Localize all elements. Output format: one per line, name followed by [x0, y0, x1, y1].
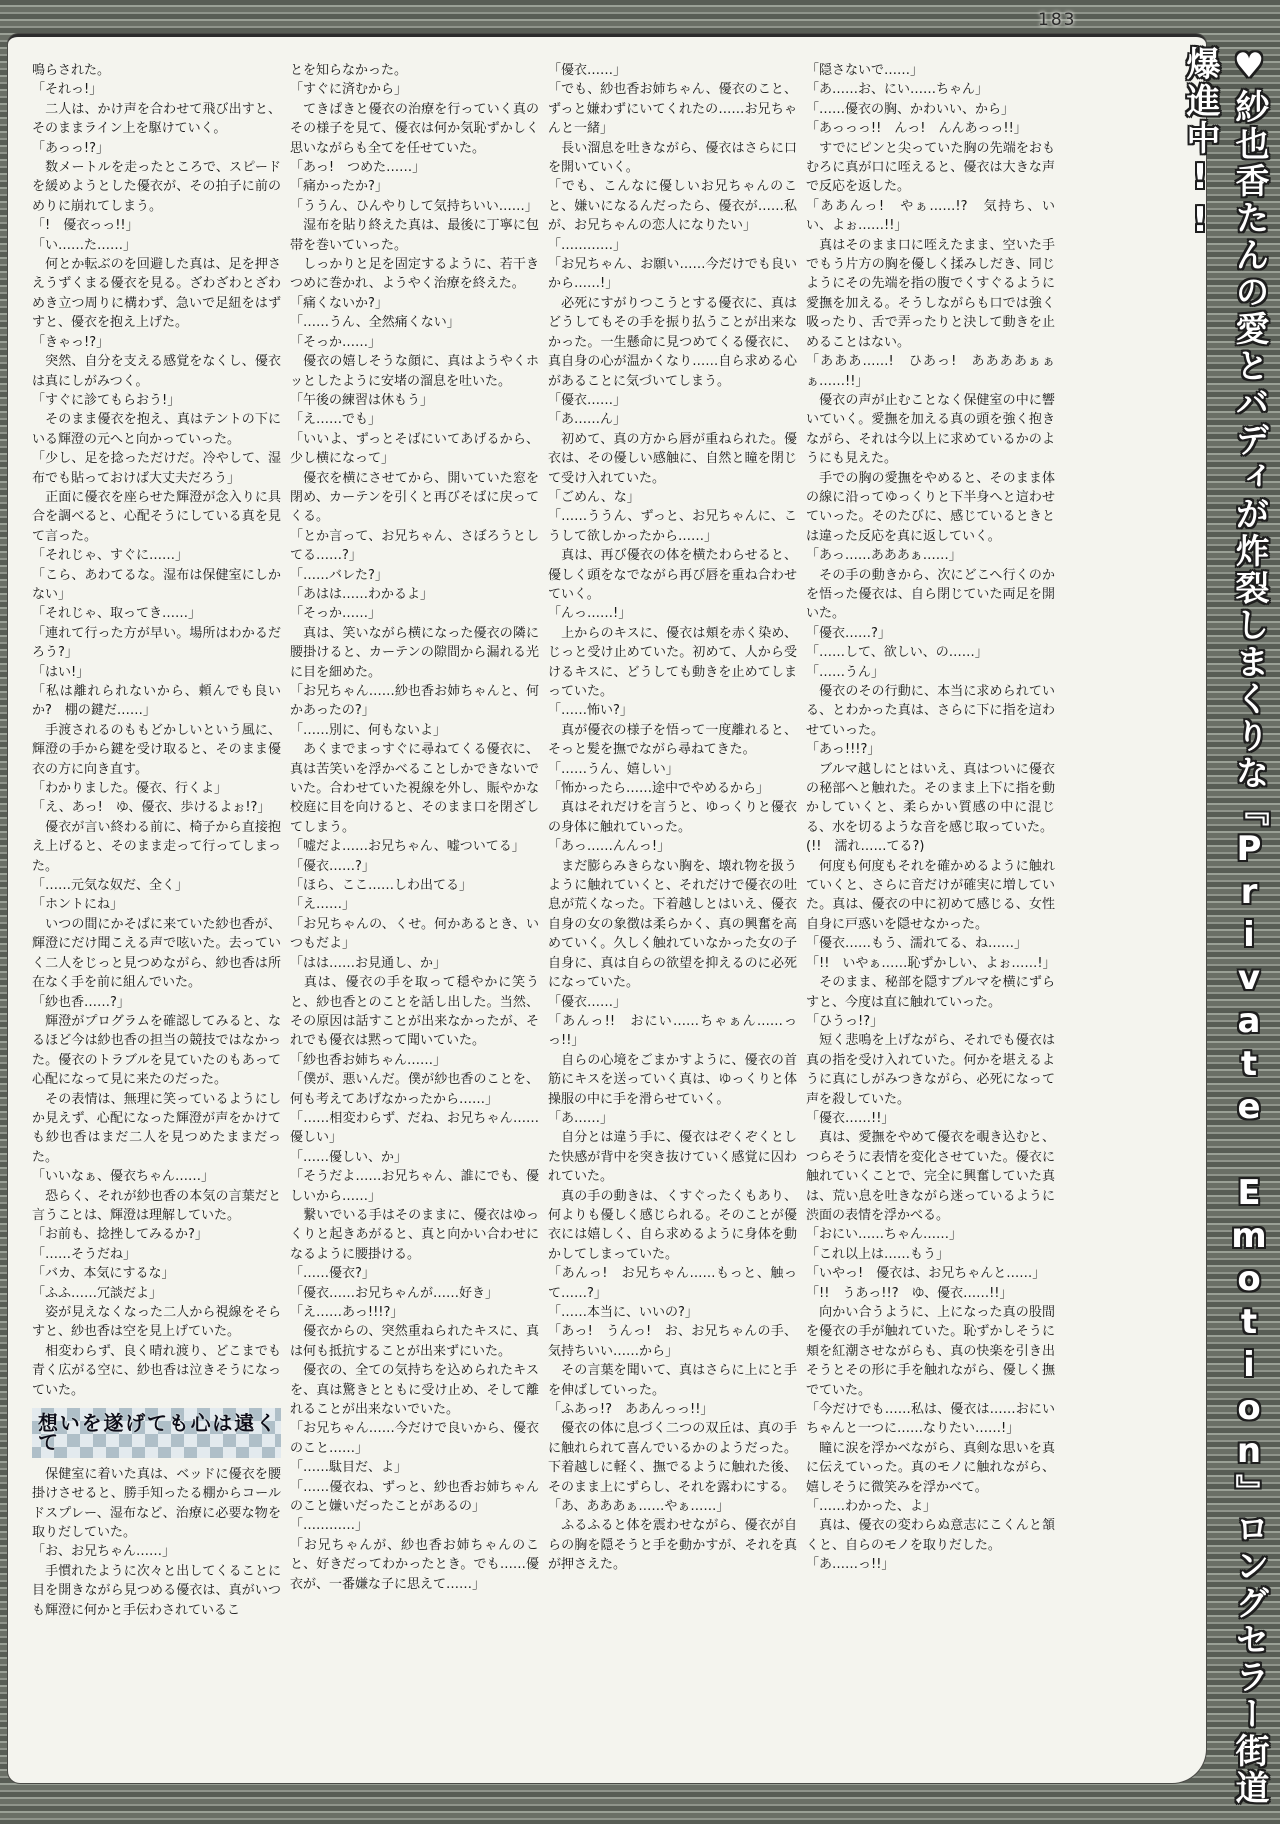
paragraph: 「これ以上は……もう」	[806, 1245, 1055, 1264]
paragraph: 「あ……ん」	[548, 410, 797, 429]
paragraph: 「そっか……」	[290, 604, 539, 623]
paragraph: 正面に優衣を座らせた輝澄が念入りに具合を調べると、心配そうにしている真を見て言っ…	[32, 488, 281, 546]
paragraph: 長い溜息を吐きながら、優衣はさらに口を開いていく。	[548, 139, 797, 178]
paragraph: 「…………」	[290, 1516, 539, 1535]
paragraph: 「……バレた?」	[290, 566, 539, 585]
paragraph: 「お兄ちゃん……今だけで良いから、優衣のこと……」	[290, 1419, 539, 1458]
paragraph: 「ホントにね」	[32, 895, 281, 914]
paragraph: 「……ううん、ずっと、お兄ちゃんに、こうして欲しかったから……」	[548, 507, 797, 546]
paragraph: 「……別に、何もないよ」	[290, 721, 539, 740]
paragraph: 「ああんっ! やぁ……!? 気持ち、いい、よぉ……!!」	[806, 197, 1055, 236]
paragraph: 「あ、あああぁ……やぁ……」	[548, 1497, 797, 1516]
paragraph: 「……優しい、か」	[290, 1148, 539, 1167]
paragraph: 「痛くないか?」	[290, 294, 539, 313]
paragraph: 何とか転ぶのを回避した真は、足を押さえうずくまる優衣を見る。ざわざわとざわめき立…	[32, 255, 281, 333]
heart-icon: ♥	[1229, 46, 1269, 89]
paragraph: 輝澄がプログラムを確認してみると、なるほど今は紗也香の担当の競技ではなかった。優…	[32, 1012, 281, 1090]
paragraph: 「私は離れられないから、頼んでも良いか? 棚の鍵だ……」	[32, 682, 281, 721]
paragraph: 「こら、あわてるな。湿布は保健室にしかない」	[32, 566, 281, 605]
paragraph: 真は、笑いながら横になった優衣の隣に腰掛けると、カーテンの隙間から漏れる光に目を…	[290, 624, 539, 682]
paragraph: 「痛かったか?」	[290, 177, 539, 196]
paragraph: 「すぐに済むから」	[290, 80, 539, 99]
paragraph: 上からのキスに、優衣は頬を赤く染め、じっと受け止めていた。初めて、人から受けるキ…	[548, 624, 797, 702]
paragraph: ブルマ越しにとはいえ、真はついに優衣の秘部へと触れた。そのまま上下に指を動かして…	[806, 760, 1055, 838]
paragraph: 「お、お兄ちゃん……」	[32, 1542, 281, 1561]
paragraph: 「! 優衣っっ!!」	[32, 216, 281, 235]
paragraph: (!! 濡れ……てる?)	[806, 837, 1055, 856]
paragraph: 「!! うあっ!!? ゆ、優衣……!!」	[806, 1284, 1055, 1303]
paragraph: 優衣を横にさせてから、開いていた窓を閉め、カーテンを引くと再びそばに戻ってくる。	[290, 469, 539, 527]
content-panel: 鳴らされた。「それっ!」 二人は、かけ声を合わせて飛び出すと、そのままライン上を…	[8, 34, 1206, 1783]
paragraph: 「あ……お、にい……ちゃん」	[806, 80, 1055, 99]
paragraph: 「連れて行った方が早い。場所はわかるだろう?」	[32, 624, 281, 663]
paragraph: まだ膨らみきらない胸を、壊れ物を扱うように触れていくと、それだけで優衣の吐息が荒…	[548, 857, 797, 993]
paragraph: 「い……た……」	[32, 236, 281, 255]
paragraph: 「紗也香お姉ちゃん……」	[290, 1051, 539, 1070]
paragraph: 優衣の体に息づく二つの双丘は、真の手に触れられて喜んでいるかのようだった。下着越…	[548, 1419, 797, 1497]
paragraph: 真は、優衣の変わらぬ意志にこくんと頷くと、自らのモノを取りだした。	[806, 1516, 1055, 1555]
paragraph: そのまま、秘部を隠すブルマを横にずらすと、今度は直に触れていった。	[806, 973, 1055, 1012]
paragraph: 「ほら、ここ……しわ出てる」	[290, 876, 539, 895]
paragraph: 優衣の嬉しそうな顔に、真はようやくホッとしたように安堵の溜息を吐いた。	[290, 352, 539, 391]
vertical-headline: ♥紗也香たんの愛とバディが炸裂しまくりな『Private Emotion』ロング…	[1176, 46, 1274, 1816]
text-column-2: とを知らなかった。「すぐに済むから」 てきぱきと優衣の治療を行っていく真のその様…	[290, 61, 539, 1773]
paragraph: 優衣の声が止むことなく保健室の中に響いていく。愛撫を加える真の頭を強く抱きながら…	[806, 391, 1055, 469]
paragraph: 「え……あっ!!!?」	[290, 1303, 539, 1322]
paragraph: その手の動きから、次にどこへ行くのかを悟った優衣は、自ら閉じていた両足を開いた。	[806, 566, 1055, 624]
paragraph: 「隠さないで……」	[806, 61, 1055, 80]
paragraph: 「はい!」	[32, 663, 281, 682]
paragraph: 「あっっ!?」	[32, 139, 281, 158]
paragraph: 「お兄ちゃんの、くせ。何かあるとき、いつもだよ」	[290, 915, 539, 954]
paragraph: そのまま優衣を抱え、真はテントの下にいる輝澄の元へと向かっていった。	[32, 410, 281, 449]
paragraph: 「あんっ! お兄ちゃん……もっと、触って……?」	[548, 1264, 797, 1303]
paragraph: 優衣のその行動に、本当に求められている、とわかった真は、さらに下に指を這わせてい…	[806, 682, 1055, 740]
paragraph: 「それじゃ、取ってき……」	[32, 604, 281, 623]
paragraph: すでにピンと尖っていた胸の先端をおもむろに真が口に咥えると、優衣は大きな声で反応…	[806, 139, 1055, 197]
paragraph: 「いいよ、ずっとそばにいてあげるから、少し横になって」	[290, 430, 539, 469]
paragraph: 「すぐに診てもらおう!」	[32, 391, 281, 410]
paragraph: 自らの心境をごまかすように、優衣の首筋にキスを送っていく真は、ゆっくりと体操服の…	[548, 1051, 797, 1109]
paragraph: 「はは……お見通し、か」	[290, 954, 539, 973]
paragraph: 真が優衣の様子を悟って一度離れると、そっと髪を撫でながら尋ねてきた。	[548, 721, 797, 760]
paragraph: 「ひうっ!?」	[806, 1012, 1055, 1031]
paragraph: 「優衣……もう、濡れてる、ね……」	[806, 934, 1055, 953]
paragraph: 「あはは……わかるよ」	[290, 585, 539, 604]
paragraph: 「バカ、本気にするな」	[32, 1264, 281, 1283]
paragraph: 真の手の動きは、くすぐったくもあり、何よりも優しく感じられる。そのことが優衣には…	[548, 1187, 797, 1265]
paragraph: 「あっ! つめた……」	[290, 158, 539, 177]
paragraph: 「今だけでも……私は、優衣は……おにいちゃんと一つに……なりたい……!」	[806, 1400, 1055, 1439]
paragraph: 「ふあっ!? ああんっっ!!」	[548, 1400, 797, 1419]
paragraph: 「!! いやぁ……恥ずかしい、よぉ……!」	[806, 954, 1055, 973]
paragraph: 「……元気な奴だ、全く」	[32, 876, 281, 895]
paragraph: 手での胸の愛撫をやめると、そのまま体の線に沿ってゆっくりと下半身へと這わせていっ…	[806, 469, 1055, 547]
paragraph: 二人は、かけ声を合わせて飛び出すと、そのままライン上を駆けていく。	[32, 100, 281, 139]
paragraph: とを知らなかった。	[290, 61, 539, 80]
paragraph: 繋いでいる手はそのままに、優衣はゆっくりと起きあがると、真と向かい合わせになるよ…	[290, 1206, 539, 1264]
paragraph: しっかりと足を固定するように、若干きつめに巻かれ、ようやく治療を終えた。	[290, 255, 539, 294]
paragraph: 「え、あっ! ゆ、優衣、歩けるよぉ!?」	[32, 798, 281, 817]
paragraph: 「お兄ちゃん、お願い……今だけでも良いから……!」	[548, 255, 797, 294]
paragraph: 「そっか……」	[290, 333, 539, 352]
paragraph: 「ごめん、な」	[548, 488, 797, 507]
paragraph: 「……本当に、いいの?」	[548, 1303, 797, 1322]
paragraph: 「あ……っ!!」	[806, 1555, 1055, 1574]
paragraph: 「……うん、全然痛くない」	[290, 313, 539, 332]
paragraph: 「優衣……?」	[290, 857, 539, 876]
paragraph: 「いやっ! 優衣は、お兄ちゃんと……」	[806, 1264, 1055, 1283]
paragraph: 突然、自分を支える感覚をなくし、優衣は真にしがみつく。	[32, 352, 281, 391]
paragraph: 「あんっ!! おにい……ちゃぁん……っっ!!」	[548, 1012, 797, 1051]
paragraph: 「それじゃ、すぐに……」	[32, 546, 281, 565]
paragraph: 「それっ!」	[32, 80, 281, 99]
paragraph: 「……優衣ね、ずっと、紗也香お姉ちゃんのこと嫌いだったことがあるの」	[290, 1478, 539, 1517]
story-text-area: 鳴らされた。「それっ!」 二人は、かけ声を合わせて飛び出すと、そのままライン上を…	[32, 61, 1192, 1773]
paragraph: 「え……」	[290, 895, 539, 914]
paragraph: 数メートルを走ったところで、スピードを緩めようとした優衣が、その拍子に前のめりに…	[32, 158, 281, 216]
paragraph: 「優衣……」	[548, 61, 797, 80]
paragraph: 「え……でも」	[290, 410, 539, 429]
paragraph: 真は、再び優衣の体を横たわらせると、優しく頭をなでながら再び唇を重ね合わせていく…	[548, 546, 797, 604]
paragraph: 「……わかった、よ」	[806, 1497, 1055, 1516]
paragraph: 瞳に涙を浮かべながら、真剣な思いを真に伝えていった。真のモノに触れながら、嬉しそ…	[806, 1439, 1055, 1497]
paragraph: 優衣が言い終わる前に、椅子から直接抱え上げると、そのまま走って行ってしまった。	[32, 818, 281, 876]
paragraph: 「……うん」	[806, 663, 1055, 682]
text-column-4: 「隠さないで……」「あ……お、にい……ちゃん」「……優衣の胸、かわいい、から」「…	[806, 61, 1055, 1773]
paragraph: 「午後の練習は休もう」	[290, 391, 539, 410]
paragraph: 「優衣……お兄ちゃんが……好き」	[290, 1284, 539, 1303]
paragraph: 「優衣……」	[548, 993, 797, 1012]
text-column-3: 「優衣……」「でも、紗也香お姉ちゃん、優衣のこと、ずっと嫌わずにいてくれたの………	[548, 61, 797, 1773]
paragraph: 「お兄ちゃん……紗也香お姉ちゃんと、何かあったの?」	[290, 682, 539, 721]
paragraph: 「……優衣?」	[290, 1264, 539, 1283]
scanned-magazine-page: { "page": { "number": "183" }, "sidebar"…	[0, 0, 1280, 1824]
paragraph: 「あっ……あああぁ……」	[806, 546, 1055, 565]
paragraph: 「でも、紗也香お姉ちゃん、優衣のこと、ずっと嫌わずにいてくれたの……お兄ちゃんと…	[548, 80, 797, 138]
paragraph: 「きゃっ!?」	[32, 333, 281, 352]
paragraph: 恐らく、それが紗也香の本気の言葉だと言うことは、輝澄は理解していた。	[32, 1187, 281, 1226]
paragraph: 「……駄目だ、よ」	[290, 1458, 539, 1477]
paragraph: 「……うん、嬉しい」	[548, 760, 797, 779]
paragraph: 「優衣……!!」	[806, 1109, 1055, 1128]
paragraph: 「紗也香……?」	[32, 993, 281, 1012]
paragraph: 「そうだよ……お兄ちゃん、誰にでも、優しいから……」	[290, 1167, 539, 1206]
paragraph: 「あああ……! ひあっ! ああああぁぁぁ……!!」	[806, 352, 1055, 391]
paragraph: 「嘘だよ……お兄ちゃん、嘘ついてる」	[290, 837, 539, 856]
paragraph: 「……優衣の胸、かわいい、から」	[806, 100, 1055, 119]
paragraph: 真は、愛撫をやめて優衣を覗き込むと、つらそうに表情を変化させていた。優衣に触れて…	[806, 1128, 1055, 1225]
paragraph: 「わかりました。優衣、行くよ」	[32, 779, 281, 798]
page-number: 183	[1038, 10, 1076, 30]
paragraph: 「少し、足を捻っただけだ。冷やして、湿布でも貼っておけば大丈夫だろう」	[32, 449, 281, 488]
paragraph: 「…………」	[548, 236, 797, 255]
paragraph: 優衣の、全ての気持ちを込められたキスを、真は驚きとともに受け止め、そして離れるこ…	[290, 1361, 539, 1419]
paragraph: 自分とは違う手に、優衣はぞくぞくとした快感が背中を突き抜けていく感覚に囚われてい…	[548, 1128, 797, 1186]
paragraph: 「いいなぁ、優衣ちゃん……」	[32, 1167, 281, 1186]
paragraph: あくまでまっすぐに尋ねてくる優衣に、真は苦笑いを浮かべることしかできないでいた。…	[290, 740, 539, 837]
headline-text: 紗也香たんの愛とバディが炸裂しまくりな『Private Emotion』ロングセ…	[1180, 46, 1269, 1807]
paragraph: 「優衣……」	[548, 391, 797, 410]
paragraph: 湿布を貼り終えた真は、最後に丁寧に包帯を巻いていった。	[290, 216, 539, 255]
paragraph: 「あ……」	[548, 1109, 797, 1128]
paragraph: 「僕が、悪いんだ。僕が紗也香のことを、何も考えてあげなかったから……」	[290, 1070, 539, 1109]
paragraph: 真は、優衣の手を取って穏やかに笑うと、紗也香とのことを話し出した。当然、その原因…	[290, 973, 539, 1051]
paragraph: 「ううん、ひんやりして気持ちいい……」	[290, 197, 539, 216]
paragraph: 「……怖い?」	[548, 701, 797, 720]
paragraph: 姿が見えなくなった二人から視線をそらすと、紗也香は空を見上げていた。	[32, 1303, 281, 1342]
paragraph: いつの間にかそばに来ていた紗也香が、輝澄にだけ聞こえる声で呟いた。去っていく二人…	[32, 915, 281, 993]
paragraph: 何度も何度もそれを確かめるように触れていくと、さらに音だけが確実に増していた。真…	[806, 857, 1055, 935]
paragraph: 「あっ!!!?」	[806, 740, 1055, 759]
paragraph: 「んっ……!」	[548, 604, 797, 623]
paragraph: 「お兄ちゃんが、紗也香お姉ちゃんのこと、好きだってわかったとき。でも……優衣が、…	[290, 1536, 539, 1594]
paragraph: 「でも、こんなに優しいお兄ちゃんのこと、嫌いになるんだったら、優衣が……私が、お…	[548, 177, 797, 235]
text-column-1: 鳴らされた。「それっ!」 二人は、かけ声を合わせて飛び出すと、そのままライン上を…	[32, 61, 281, 1773]
paragraph: 「……相変わらず、だね、お兄ちゃん……優しい」	[290, 1109, 539, 1148]
paragraph: その言葉を聞いて、真はさらに上にと手を伸ばしていった。	[548, 1361, 797, 1400]
paragraph: 「お前も、捻挫してみるか?」	[32, 1225, 281, 1244]
section-heading: 想いを遂げても心は遠くて	[32, 1408, 281, 1458]
paragraph: 優衣からの、突然重ねられたキスに、真は何も抵抗することが出来ずにいた。	[290, 1322, 539, 1361]
paragraph: 保健室に着いた真は、ベッドに優衣を腰掛けさせると、勝手知ったる棚からコールドスプ…	[32, 1465, 281, 1543]
paragraph: 手慣れたように次々と出してくることに目を開きながら見つめる優衣は、真がいつも輝澄…	[32, 1562, 281, 1620]
paragraph: 「あっ! うんっ! お、お兄ちゃんの手、気持ちいい……から」	[548, 1322, 797, 1361]
paragraph: 真はそのまま口に咥えたまま、空いた手でもう片方の胸を優しく揉みしだき、同じように…	[806, 236, 1055, 352]
paragraph: 短く悲鳴を上げながら、それでも優衣は真の指を受け入れていた。何かを堪えるように真…	[806, 1031, 1055, 1109]
paragraph: 向かい合うように、上になった真の股間を優衣の手が触れていた。恥ずかしそうに頬を紅…	[806, 1303, 1055, 1400]
paragraph: 手渡されるのももどかしいという風に、輝澄の手から鍵を受け取ると、そのまま優衣の方…	[32, 721, 281, 779]
paragraph: 必死にすがりつこうとする優衣に、真はどうしてもその手を振り払うことが出来なかった…	[548, 294, 797, 391]
paragraph: 鳴らされた。	[32, 61, 281, 80]
paragraph: 「怖かったら……途中でやめるから」	[548, 779, 797, 798]
paragraph: 「……して、欲しい、の……」	[806, 643, 1055, 662]
paragraph: てきぱきと優衣の治療を行っていく真のその様子を見て、優衣は何か気恥ずかしく思いな…	[290, 100, 539, 158]
paragraph: その表情は、無理に笑っているようにしか見えず、心配になった輝澄が声をかけても紗也…	[32, 1090, 281, 1168]
paragraph: 「ふふ……冗談だよ」	[32, 1284, 281, 1303]
paragraph: 「……そうだね」	[32, 1245, 281, 1264]
paragraph: 真はそれだけを言うと、ゆっくりと優衣の身体に触れていった。	[548, 798, 797, 837]
paragraph: 初めて、真の方から唇が重ねられた。優衣は、その優しい感触に、自然と瞳を閉じて受け…	[548, 430, 797, 488]
paragraph: 「おにい……ちゃん……」	[806, 1225, 1055, 1244]
paragraph: 「あっっっ!! んっ! んんあっっ!!」	[806, 119, 1055, 138]
paragraph: 「優衣……?」	[806, 624, 1055, 643]
paragraph: 相変わらず、良く晴れ渡り、どこまでも青く広がる空に、紗也香は泣きそうになっていた…	[32, 1342, 281, 1400]
paragraph: 「とか言って、お兄ちゃん、さぼろうとしてる……?」	[290, 527, 539, 566]
paragraph: ふるふると体を震わせながら、優衣が自らの胸を隠そうと手を動かすが、それを真が押さ…	[548, 1516, 797, 1574]
paragraph: 「あっ……んんっ!」	[548, 837, 797, 856]
